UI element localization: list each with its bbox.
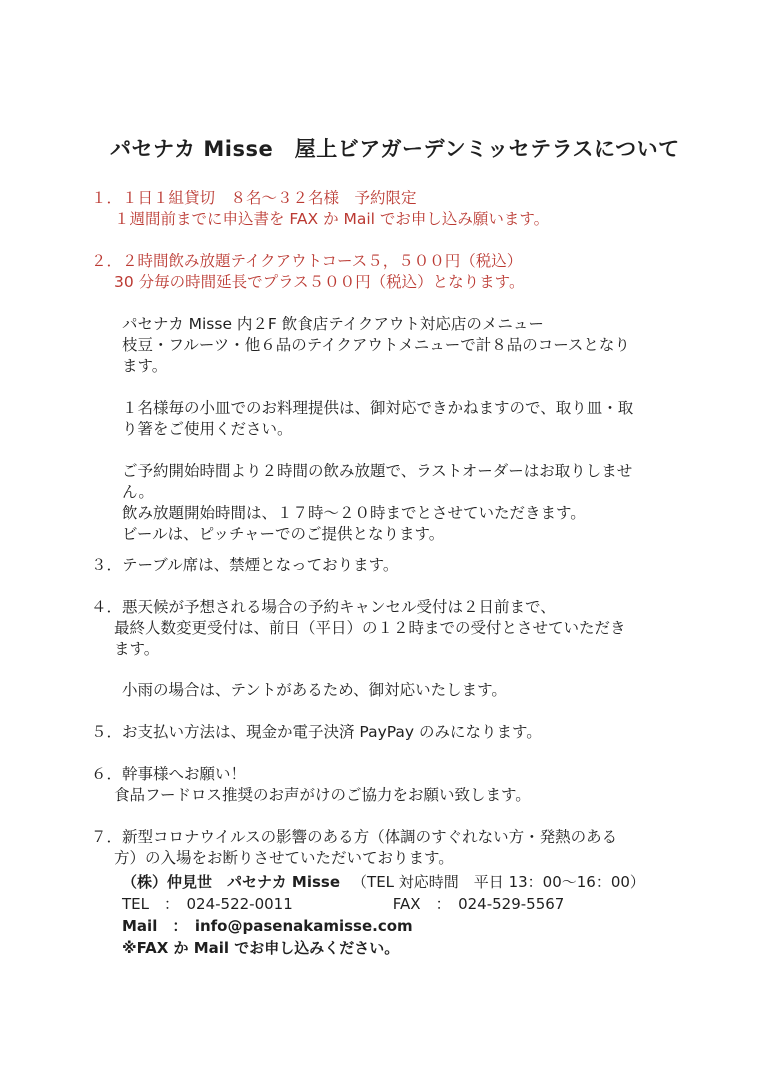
section-item-7-covid: ７．新型コロナウイルスの影響のある方（体調のすぐれない方・発熱のある 方）の入場…	[91, 827, 731, 869]
section-item-3-no-smoking: ３．テーブル席は、禁煙となっております。	[91, 555, 731, 576]
section-item-4-cancel-policy: ４．悪天候が予想される場合の予約キャンセル受付は２日前まで、 最終人数変更受付は…	[91, 597, 731, 660]
text-line: ます。	[91, 639, 731, 660]
tel-hours: （TEL 対応時間 平日 13：00～16：00）	[352, 871, 645, 893]
text-line: 食品フードロス推奨のお声がけのご協力をお願い致します。	[91, 785, 731, 806]
text-line: ２．２時間飲み放題テイクアウトコース５，５００円（税込）	[91, 251, 731, 272]
section-rain-tent-paragraph: 小雨の場合は、テントがあるため、御対応いたします。	[91, 680, 731, 701]
text-line: 30 分毎の時間延長でプラス５００円（税込）となります。	[91, 272, 731, 293]
section-item-1-reservation: １．１日１組貸切 ８名～３２名様 予約限定 １週間前までに申込書を FAX か …	[91, 188, 731, 230]
text-line: ビールは、ピッチャーでのご提供となります。	[91, 524, 731, 545]
text-line: ３．テーブル席は、禁煙となっております。	[91, 555, 731, 576]
text-line: １週間前までに申込書を FAX か Mail でお申し込み願います。	[91, 209, 731, 230]
tel-number: TEL ： 024-522-0011	[122, 893, 388, 915]
document-page: パセナカ Misse 屋上ビアガーデンミッセテラスについて １．１日１組貸切 ８…	[0, 0, 763, 1080]
company-name: （株）仲見世 パセナカ Misse	[122, 871, 340, 893]
fax-number: FAX ： 024-529-5567	[393, 895, 565, 913]
text-line: ます。	[91, 356, 731, 377]
text-line: ４．悪天候が予想される場合の予約キャンセル受付は２日前まで、	[91, 597, 731, 618]
text-line: １名様毎の小皿でのお料理提供は、御対応できかねますので、取り皿・取	[91, 398, 731, 419]
text-line: 方）の入場をお断りさせていただいております。	[91, 848, 731, 869]
tel-fax-line: TEL ： 024-522-0011 FAX ： 024-529-5567	[91, 893, 731, 915]
section-item-6-organizer: ６．幹事様へお願い！ 食品フードロス推奨のお声がけのご協力をお願い致します。	[91, 764, 731, 806]
text-line: パセナカ Misse 内２F 飲食店テイクアウト対応店のメニュー	[91, 314, 731, 335]
text-line: ７．新型コロナウイルスの影響のある方（体調のすぐれない方・発熱のある	[91, 827, 731, 848]
contact-block: （株）仲見世 パセナカ Misse （TEL 対応時間 平日 13：00～16：…	[91, 871, 731, 959]
text-line: ６．幹事様へお願い！	[91, 764, 731, 785]
section-menu-paragraph: パセナカ Misse 内２F 飲食店テイクアウト対応店のメニュー 枝豆・フルーツ…	[91, 314, 731, 377]
text-line: 小雨の場合は、テントがあるため、御対応いたします。	[91, 680, 731, 701]
section-item-2-course-price: ２．２時間飲み放題テイクアウトコース５，５００円（税込） 30 分毎の時間延長で…	[91, 251, 731, 293]
section-nomihodai-paragraph: ご予約開始時間より２時間の飲み放題で、ラストオーダーはお取りしませ ん。 飲み放…	[91, 461, 731, 545]
text-line: 最終人数変更受付は、前日（平日）の１２時までの受付とさせていただき	[91, 618, 731, 639]
text-line: １．１日１組貸切 ８名～３２名様 予約限定	[91, 188, 731, 209]
text-line: ん。	[91, 482, 731, 503]
text-line: ご予約開始時間より２時間の飲み放題で、ラストオーダーはお取りしませ	[91, 461, 731, 482]
mail-address: Mail ： info@pasenakamisse.com	[91, 915, 731, 937]
text-line: 枝豆・フルーツ・他６品のテイクアウトメニューで計８品のコースとなり	[91, 335, 731, 356]
text-line: ５．お支払い方法は、現金か電子決済 PayPay のみになります。	[91, 722, 731, 743]
company-line: （株）仲見世 パセナカ Misse （TEL 対応時間 平日 13：00～16：…	[91, 871, 731, 893]
section-item-5-payment: ５．お支払い方法は、現金か電子決済 PayPay のみになります。	[91, 722, 731, 743]
text-line: り箸をご使用ください。	[91, 419, 731, 440]
text-line: 飲み放題開始時間は、１７時～２０時までとさせていただきます。	[91, 503, 731, 524]
page-title: パセナカ Misse 屋上ビアガーデンミッセテラスについて	[110, 133, 680, 163]
apply-note: ※FAX か Mail でお申し込みください。	[91, 937, 731, 959]
section-plates-paragraph: １名様毎の小皿でのお料理提供は、御対応できかねますので、取り皿・取 り箸をご使用…	[91, 398, 731, 440]
